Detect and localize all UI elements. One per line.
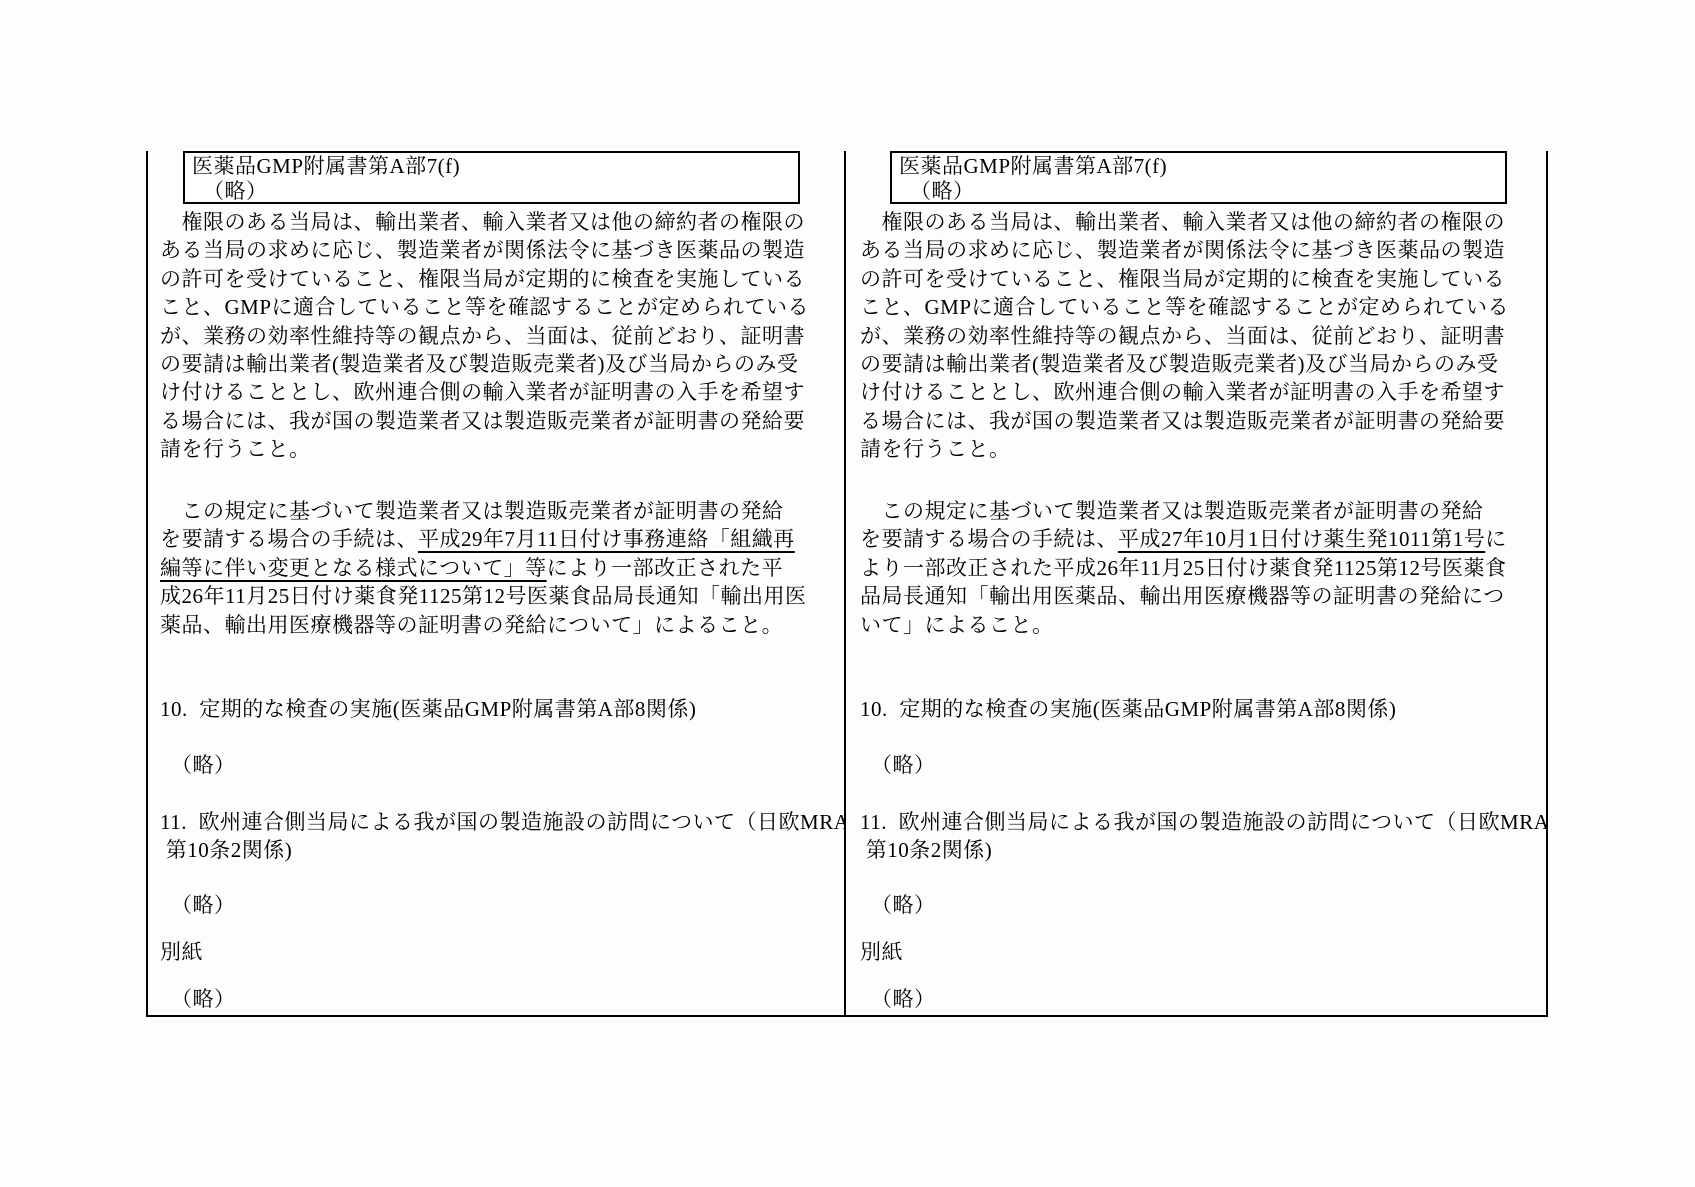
paragraph-line: る場合には、我が国の製造業者又は製造販売業者が証明書の発給要 [860, 407, 1542, 435]
paragraph-line: 品局長通知「輸出用医薬品、輸出用医療機器等の証明書の発給につ [860, 582, 1542, 610]
header-box-ryaku: （略） [899, 179, 1505, 204]
underlined-revision-text: 平成27年10月1日付け薬生発1011第1号 [1118, 527, 1485, 551]
header-box-title: 医薬品GMP附属書第A部7(f) [899, 154, 1505, 179]
paragraph-line: この規定に基づいて製造業者又は製造販売業者が証明書の発給 [860, 497, 1542, 525]
gmp-annex-header-box: 医薬品GMP附属書第A部7(f) （略） [890, 151, 1507, 204]
paragraph-line: ある当局の求めに応じ、製造業者が関係法令に基づき医薬品の製造 [160, 236, 840, 264]
table-right-border [1546, 151, 1548, 1017]
paragraph-line: の要請は輸出業者(製造業者及び製造販売業者)及び当局からのみ受 [860, 350, 1542, 378]
section-10-heading: 10. 定期的な検査の実施(医薬品GMP附属書第A部8関係) [160, 695, 840, 723]
paragraph-line: 編等に伴い変更となる様式について」等により一部改正された平 [160, 554, 840, 582]
paragraph-line: が、業務の効率性維持等の観点から、当面は、従前どおり、証明書 [160, 322, 840, 350]
paragraph-line: こと、GMPに適合していること等を確認することが定められている [860, 293, 1542, 321]
paragraph-line: け付けることとし、欧州連合側の輸入業者が証明書の入手を希望す [160, 378, 840, 406]
right-column: 医薬品GMP附属書第A部7(f) （略） 権限のある当局は、輸出業者、輸入業者又… [844, 151, 1546, 1017]
paragraph-line: ある当局の求めに応じ、製造業者が関係法令に基づき医薬品の製造 [860, 236, 1542, 264]
paragraph-line: より一部改正された平成26年11月25日付け薬食発1125第12号医薬食 [860, 554, 1542, 582]
paragraph-authorities: 権限のある当局は、輸出業者、輸入業者又は他の締約者の権限の ある当局の求めに応じ… [160, 208, 840, 464]
left-column: 医薬品GMP附属書第A部7(f) （略） 権限のある当局は、輸出業者、輸入業者又… [146, 151, 844, 1017]
section-11-heading: 11. 欧州連合側当局による我が国の製造施設の訪問について（日欧MRA 第10条… [160, 808, 840, 865]
paragraph-line: の要請は輸出業者(製造業者及び製造販売業者)及び当局からのみ受 [160, 350, 840, 378]
paragraph-authorities: 権限のある当局は、輸出業者、輸入業者又は他の締約者の権限の ある当局の求めに応じ… [860, 208, 1542, 464]
paragraph-line: が、業務の効率性維持等の観点から、当面は、従前どおり、証明書 [860, 322, 1542, 350]
underlined-revision-text: 平成29年7月11日付け事務連絡「組織再 [418, 527, 795, 551]
paragraph-line: け付けることとし、欧州連合側の輸入業者が証明書の入手を希望す [860, 378, 1542, 406]
omission-mark: （略） [860, 985, 1542, 1013]
paragraph-procedure: この規定に基づいて製造業者又は製造販売業者が証明書の発給 を要請する場合の手続は… [160, 497, 840, 639]
paragraph-line: る場合には、我が国の製造業者又は製造販売業者が証明書の発給要 [160, 407, 840, 435]
omission-mark: （略） [160, 751, 840, 779]
omission-mark: （略） [860, 751, 1542, 779]
paragraph-line: いて」によること。 [860, 611, 1542, 639]
paragraph-line: の許可を受けていること、権限当局が定期的に検査を実施している [160, 265, 840, 293]
section-10-heading: 10. 定期的な検査の実施(医薬品GMP附属書第A部8関係) [860, 695, 1542, 723]
scanned-document-page: 医薬品GMP附属書第A部7(f) （略） 権限のある当局は、輸出業者、輸入業者又… [0, 0, 1695, 1187]
header-box-ryaku: （略） [192, 179, 798, 204]
omission-mark: （略） [160, 891, 840, 919]
section-11-heading: 11. 欧州連合側当局による我が国の製造施設の訪問について（日欧MRA 第10条… [860, 808, 1542, 865]
gmp-annex-header-box: 医薬品GMP附属書第A部7(f) （略） [183, 151, 800, 204]
paragraph-line: この規定に基づいて製造業者又は製造販売業者が証明書の発給 [160, 497, 840, 525]
paragraph-line: の許可を受けていること、権限当局が定期的に検査を実施している [860, 265, 1542, 293]
paragraph-line: を要請する場合の手続は、平成29年7月11日付け事務連絡「組織再 [160, 525, 840, 553]
paragraph-line: 権限のある当局は、輸出業者、輸入業者又は他の締約者の権限の [860, 208, 1542, 236]
paragraph-line: 請を行うこと。 [860, 435, 1542, 463]
omission-mark: （略） [860, 891, 1542, 919]
paragraph-procedure: この規定に基づいて製造業者又は製造販売業者が証明書の発給 を要請する場合の手続は… [860, 497, 1542, 639]
paragraph-line: こと、GMPに適合していること等を確認することが定められている [160, 293, 840, 321]
paragraph-line: 薬品、輸出用医療機器等の証明書の発給について」によること。 [160, 611, 840, 639]
paragraph-line: 請を行うこと。 [160, 435, 840, 463]
underlined-revision-text: 編等に伴い変更となる様式について」等 [160, 556, 547, 580]
paragraph-line: 成26年11月25日付け薬食発1125第12号医薬食品局長通知「輸出用医 [160, 582, 840, 610]
paragraph-line: 権限のある当局は、輸出業者、輸入業者又は他の締約者の権限の [160, 208, 840, 236]
header-box-title: 医薬品GMP附属書第A部7(f) [192, 154, 798, 179]
attachment-label: 別紙 [160, 938, 840, 966]
paragraph-line: を要請する場合の手続は、平成27年10月1日付け薬生発1011第1号に [860, 525, 1542, 553]
omission-mark: （略） [160, 985, 840, 1013]
attachment-label: 別紙 [860, 938, 1542, 966]
